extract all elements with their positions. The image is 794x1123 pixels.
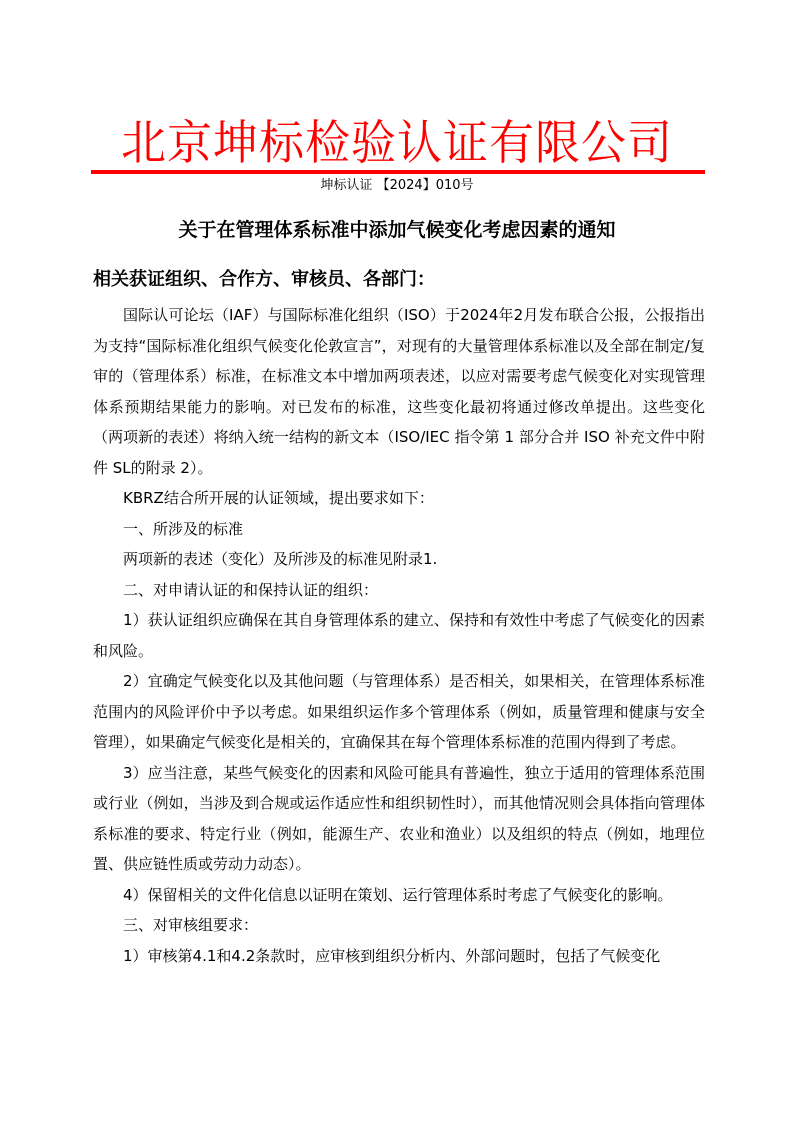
paragraph-intro-requirements: KBRZ结合所开展的认证领域，提出要求如下： xyxy=(93,483,705,514)
org-requirement-3: 3）应当注意，某些气候变化的因素和风险可能具有普遍性，独立于适用的管理体系范围或… xyxy=(93,758,705,880)
paragraph-standards-appendix: 两项新的表述（变化）及所涉及的标准见附录1. xyxy=(93,544,705,575)
notice-title: 关于在管理体系标准中添加气候变化考虑因素的通知 xyxy=(0,216,794,244)
section-heading-standards: 一、所涉及的标准 xyxy=(93,514,705,545)
org-requirement-4: 4）保留相关的文件化信息以证明在策划、运行管理体系时考虑了气候变化的影响。 xyxy=(93,880,705,911)
audit-requirement-1: 1）审核第4.1和4.2条款时，应审核到组织分析内、外部问题时，包括了气候变化 xyxy=(93,941,705,972)
salutation: 相关获证组织、合作方、审核员、各部门： xyxy=(93,266,435,294)
notice-body: 国际认可论坛（IAF）与国际标准化组织（ISO）于2024年2月发布联合公报，公… xyxy=(93,300,705,971)
section-heading-organizations: 二、对申请认证的和保持认证的组织： xyxy=(93,575,705,606)
org-requirement-2: 2）宜确定气候变化以及其他问题（与管理体系）是否相关，如果相关，在管理体系标准范… xyxy=(93,666,705,758)
document-page: 北京坤标检验认证有限公司 坤标认证 【2024】010号 关于在管理体系标准中添… xyxy=(0,0,794,1123)
company-masthead: 北京坤标检验认证有限公司 xyxy=(0,114,794,173)
org-requirement-1: 1）获认证组织应确保在其自身管理体系的建立、保持和有效性中考虑了气候变化的因素和… xyxy=(93,605,705,666)
red-header-rule xyxy=(91,170,705,174)
paragraph-background: 国际认可论坛（IAF）与国际标准化组织（ISO）于2024年2月发布联合公报，公… xyxy=(93,300,705,483)
section-heading-audit-team: 三、对审核组要求： xyxy=(93,910,705,941)
document-number: 坤标认证 【2024】010号 xyxy=(0,176,794,196)
